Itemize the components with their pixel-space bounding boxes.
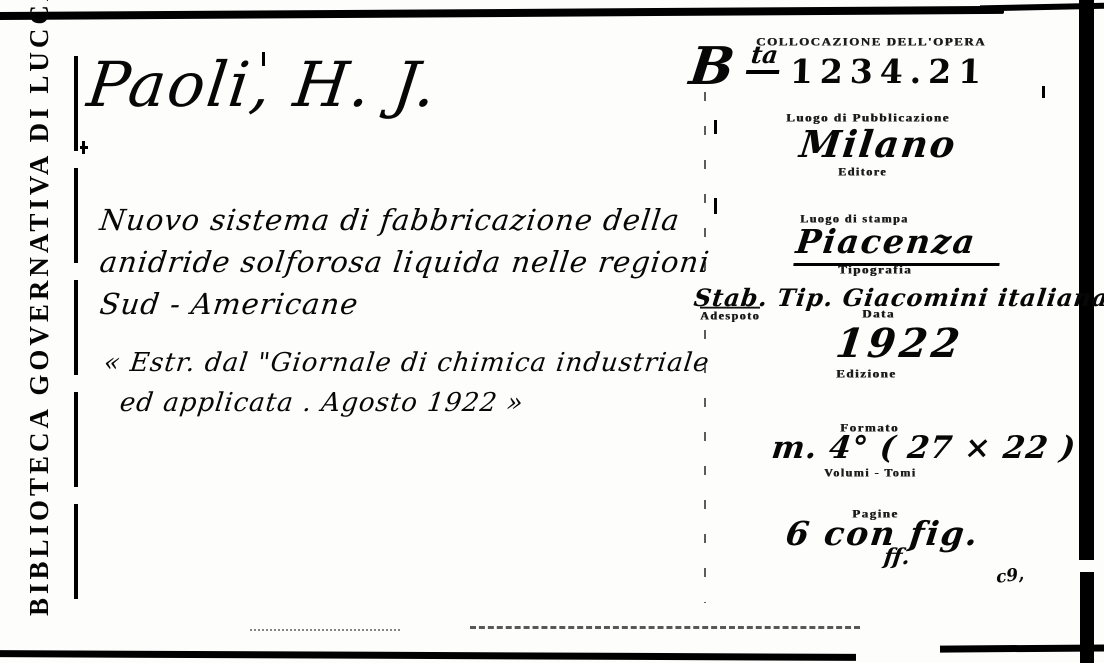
- title-line-3: Sud - Americane: [98, 287, 361, 321]
- printing-place-value: Piacenza: [793, 222, 1004, 266]
- collocation-prefix-superscript: ta: [746, 40, 783, 74]
- scan-artifact: [1042, 86, 1045, 98]
- collocation-number: 1234.21: [789, 52, 989, 91]
- scan-artifact: [714, 198, 717, 214]
- scan-border-right: [1079, 0, 1094, 560]
- card-bottom-edge-line-2: [250, 629, 400, 631]
- column-divider-rule: [704, 58, 706, 603]
- author-name: Paoli, H. J.: [84, 48, 442, 121]
- library-stamp-vertical: BIBLIOTECA GOVERNATIVA DI LUCCA: [24, 50, 76, 616]
- field-label-publisher: Editore: [838, 166, 887, 180]
- format-value: m. 4° ( 27 × 22 ): [770, 430, 1078, 466]
- catalog-card-scan: BIBLIOTECA GOVERNATIVA DI LUCCA Paoli, H…: [0, 0, 1104, 663]
- field-label-adespoto: Adespoto: [700, 307, 760, 324]
- publication-place-value: Milano: [797, 122, 959, 166]
- scan-artifact: [82, 141, 85, 154]
- collocation-prefix: B: [686, 36, 737, 97]
- pages-value-secondary: ff.: [882, 544, 911, 570]
- extract-note-line-2: ed applicata . Agosto 1922 »: [118, 388, 525, 418]
- title-line-1: Nuovo sistema di fabbricazione della: [98, 203, 682, 237]
- scan-artifact: [714, 120, 717, 134]
- ink-blot: c9,: [995, 564, 1026, 588]
- scan-border-bottom-fragment: [940, 644, 1104, 652]
- extract-note-line-1: « Estr. dal "Giornale di chimica industr…: [102, 348, 711, 378]
- title-line-2: anidride solforosa liquida nelle regioni: [98, 245, 712, 279]
- pages-value: 6 con fig.: [784, 514, 982, 553]
- card-bottom-edge-line: [470, 626, 860, 629]
- field-label-printer: Tipografia: [838, 263, 912, 278]
- field-label-edition: Edizione: [836, 367, 896, 382]
- scan-border-top: [0, 6, 1004, 20]
- scan-border-bottom: [0, 650, 856, 661]
- field-label-volumes: Volumi - Tomi: [824, 467, 916, 481]
- date-value: 1922: [833, 320, 966, 367]
- collocation-label: COLLOCAZIONE DELL'OPERA: [756, 35, 986, 50]
